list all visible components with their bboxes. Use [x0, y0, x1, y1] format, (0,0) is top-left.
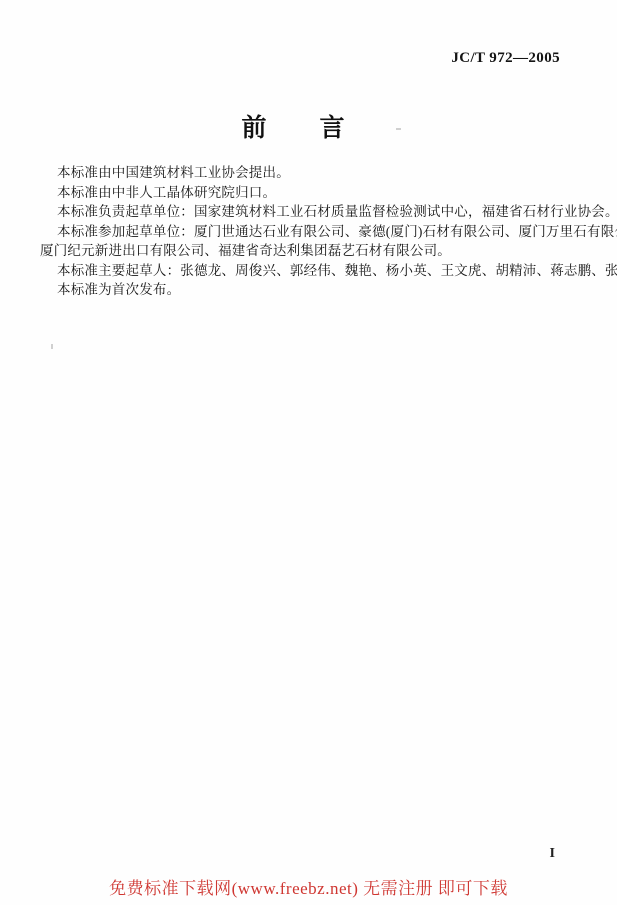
text-line: 本标准由中非人工晶体研究院归口。 [40, 183, 578, 203]
text-line: 厦门纪元新进出口有限公司、福建省奇达利集团磊艺石材有限公司。 [40, 241, 578, 261]
scan-artifact [396, 128, 401, 130]
page-title: 前 言 [0, 108, 617, 144]
page-number: I [550, 846, 555, 862]
document-page: JC/T 972—2005 前 言 本标准由中国建筑材料工业协会提出。本标准由中… [0, 0, 617, 905]
text-line: 本标准主要起草人：张德龙、周俊兴、郭经伟、魏艳、杨小英、王文虎、胡精沛、蒋志鹏、… [40, 261, 578, 281]
text-line: 本标准由中国建筑材料工业协会提出。 [40, 163, 578, 183]
footer-watermark: 免费标准下载网(www.freebz.net) 无需注册 即可下载 [0, 874, 617, 899]
text-line: 本标准为首次发布。 [40, 280, 578, 300]
body-lines: 本标准由中国建筑材料工业协会提出。本标准由中非人工晶体研究院归口。本标准负责起草… [40, 163, 578, 300]
text-line: 本标准参加起草单位：厦门世通达石业有限公司、豪德(厦门)石材有限公司、厦门万里石… [40, 222, 578, 242]
text-line: 本标准负责起草单位：国家建筑材料工业石材质量监督检验测试中心，福建省石材行业协会… [40, 202, 578, 222]
scan-artifact [51, 344, 53, 349]
standard-code: JC/T 972—2005 [451, 50, 560, 67]
